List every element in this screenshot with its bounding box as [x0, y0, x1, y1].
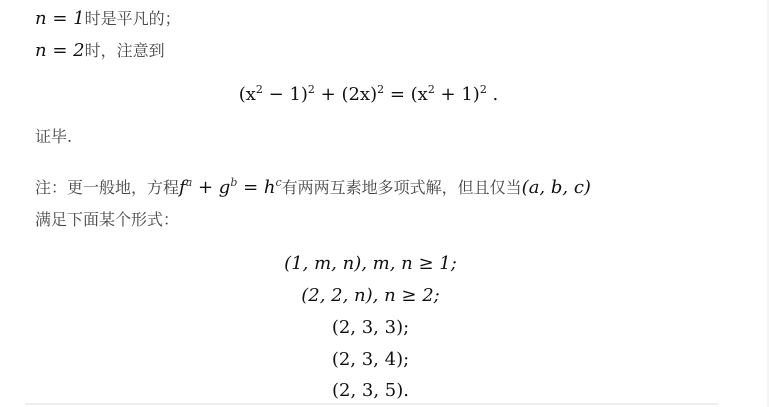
- eq-part: .: [487, 84, 498, 105]
- pythagorean-identity-equation: (x2 − 1)2 + (2x)2 = (x2 + 1)2 .: [0, 84, 753, 106]
- qed-text: 证毕.: [35, 126, 72, 148]
- math-plus: +: [192, 177, 219, 198]
- note-middle: 有两两互素地多项式解，但且仅当: [282, 178, 522, 197]
- eq-sup: 2: [256, 83, 263, 96]
- form-2: (2, 2, n), n ≥ 2;: [0, 285, 755, 307]
- eq-part: = (x: [384, 84, 428, 105]
- math-equals: =: [237, 177, 264, 198]
- note-line-2: 满足下面某个形式：: [35, 209, 179, 231]
- math-g: g: [219, 177, 231, 198]
- note-prefix: 注：更一般地，方程: [35, 178, 179, 197]
- eq-part: (x: [239, 84, 256, 105]
- eq-part: + (2x): [315, 84, 377, 105]
- math-f: f: [179, 177, 186, 198]
- eq-sup: 2: [480, 83, 487, 96]
- form-3: (2, 3, 3);: [0, 317, 755, 339]
- eq-sup: 2: [428, 83, 435, 96]
- form-4: (2, 3, 4);: [0, 349, 755, 371]
- eq-sup: 2: [308, 83, 315, 96]
- math-n-equals-2: n = 2: [35, 40, 85, 61]
- eq-part: − 1): [263, 84, 308, 105]
- eq-part: + 1): [435, 84, 480, 105]
- math-tuple-abc: (a, b, c): [522, 177, 591, 198]
- form-5: (2, 3, 5).: [0, 380, 755, 402]
- case-n1-line: n = 1时是平凡的；: [35, 8, 181, 30]
- form-1: (1, m, n), m, n ≥ 1;: [0, 253, 755, 275]
- bottom-divider: [25, 403, 718, 405]
- math-h: h: [264, 177, 276, 198]
- note-line-1: 注：更一般地，方程fa + gb = hc有两两互素地多项式解，但且仅当(a, …: [35, 177, 591, 199]
- case-n1-text: 时是平凡的；: [85, 9, 181, 28]
- math-n-equals-1: n = 1: [35, 8, 85, 29]
- case-n2-line: n = 2时，注意到: [35, 40, 165, 62]
- case-n2-text: 时，注意到: [85, 41, 165, 60]
